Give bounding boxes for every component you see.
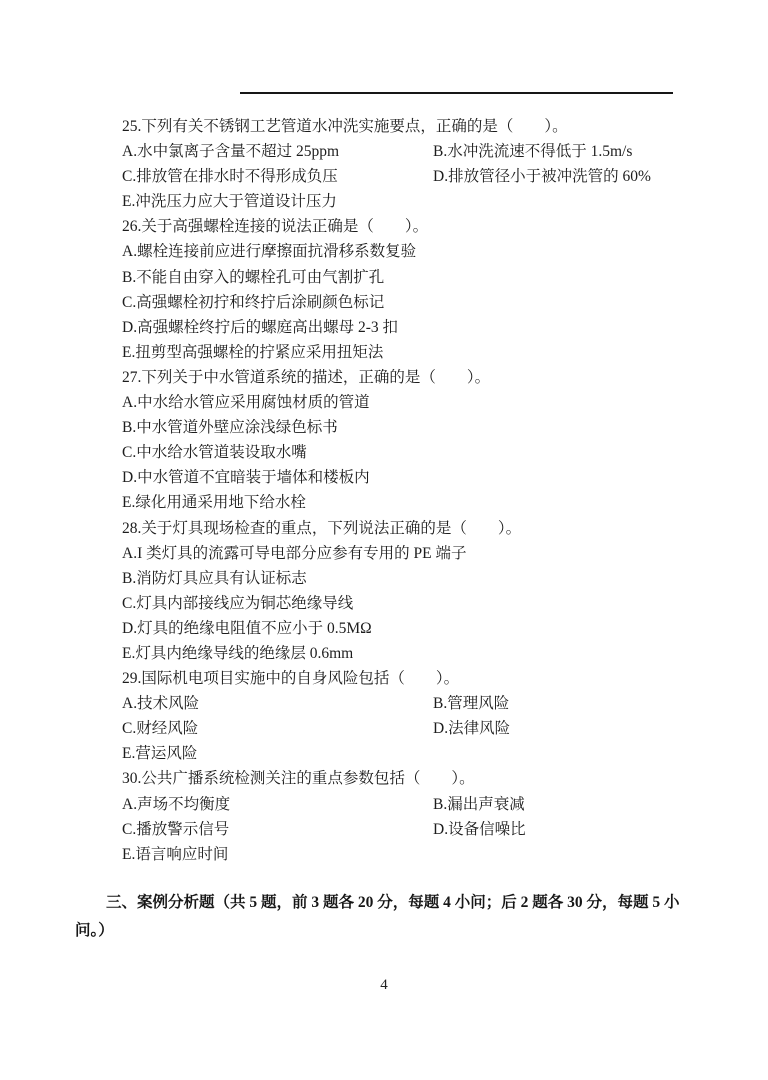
question-28: 28.关于灯具现场检查的重点，下列说法正确的是（ ）。 A.I 类灯具的流露可导…	[122, 516, 692, 667]
question-25-stem: 25.下列有关不锈钢工艺管道水冲洗实施要点，正确的是（ ）。	[122, 114, 692, 139]
question-list: 25.下列有关不锈钢工艺管道水冲洗实施要点，正确的是（ ）。 A.水中氯离子含量…	[122, 114, 692, 867]
question-26-option-c: C.高强螺栓初拧和终拧后涂刷颜色标记	[122, 290, 692, 315]
header-rule	[240, 92, 673, 94]
question-29-option-a: A.技术风险	[122, 691, 433, 716]
question-25-options-row-cd: C.排放管在排水时不得形成负压 D.排放管径小于被冲洗管的 60%	[122, 164, 692, 189]
question-28-option-e: E.灯具内绝缘导线的绝缘层 0.6mm	[122, 641, 692, 666]
question-25: 25.下列有关不锈钢工艺管道水冲洗实施要点，正确的是（ ）。 A.水中氯离子含量…	[122, 114, 692, 214]
question-26-option-a: A.螺栓连接前应进行摩擦面抗滑移系数复验	[122, 239, 692, 264]
question-28-option-a: A.I 类灯具的流露可导电部分应参有专用的 PE 端子	[122, 541, 692, 566]
question-29-options-row-cd: C.财经风险 D.法律风险	[122, 716, 692, 741]
question-30-option-d: D.设备信噪比	[433, 817, 692, 842]
question-27-option-b: B.中水管道外壁应涂浅绿色标书	[122, 415, 692, 440]
question-29-option-b: B.管理风险	[433, 691, 692, 716]
question-25-option-e: E.冲洗压力应大于管道设计压力	[122, 189, 692, 214]
question-26-stem: 26.关于高强螺栓连接的说法正确是（ ）。	[122, 214, 692, 239]
section-heading: 三、案例分析题（共 5 题，前 3 题各 20 分，每题 4 小问；后 2 题各…	[75, 889, 693, 945]
question-25-option-c: C.排放管在排水时不得形成负压	[122, 164, 433, 189]
question-30-stem: 30.公共广播系统检测关注的重点参数包括（ ）。	[122, 766, 692, 791]
question-29-stem: 29.国际机电项目实施中的自身风险包括（ ）。	[122, 666, 692, 691]
question-26-option-b: B.不能自由穿入的螺栓孔可由气割扩孔	[122, 265, 692, 290]
question-29: 29.国际机电项目实施中的自身风险包括（ ）。 A.技术风险 B.管理风险 C.…	[122, 666, 692, 766]
question-30-option-a: A.声场不均衡度	[122, 792, 433, 817]
question-25-options-row-ab: A.水中氯离子含量不超过 25ppm B.水冲洗流速不得低于 1.5m/s	[122, 139, 692, 164]
question-29-option-c: C.财经风险	[122, 716, 433, 741]
question-25-option-a: A.水中氯离子含量不超过 25ppm	[122, 139, 433, 164]
question-28-option-c: C.灯具内部接线应为铜芯绝缘导线	[122, 591, 692, 616]
question-30: 30.公共广播系统检测关注的重点参数包括（ ）。 A.声场不均衡度 B.漏出声衰…	[122, 766, 692, 866]
question-30-options-row-ab: A.声场不均衡度 B.漏出声衰减	[122, 792, 692, 817]
question-27-stem: 27.下列关于中水管道系统的描述，正确的是（ ）。	[122, 365, 692, 390]
question-29-option-e: E.营运风险	[122, 741, 692, 766]
question-29-options-row-ab: A.技术风险 B.管理风险	[122, 691, 692, 716]
question-26-option-e: E.扭剪型高强螺栓的拧紧应采用扭矩法	[122, 340, 692, 365]
question-30-option-e: E.语言响应时间	[122, 842, 692, 867]
document-page: 25.下列有关不锈钢工艺管道水冲洗实施要点，正确的是（ ）。 A.水中氯离子含量…	[0, 0, 768, 1080]
question-29-option-d: D.法律风险	[433, 716, 692, 741]
question-25-option-d: D.排放管径小于被冲洗管的 60%	[433, 164, 692, 189]
question-27-option-c: C.中水给水管道装设取水嘴	[122, 440, 692, 465]
question-28-option-d: D.灯具的绝缘电阻值不应小于 0.5MΩ	[122, 616, 692, 641]
question-27-option-a: A.中水给水管应采用腐蚀材质的管道	[122, 390, 692, 415]
question-30-option-b: B.漏出声衰减	[433, 792, 692, 817]
question-28-stem: 28.关于灯具现场检查的重点，下列说法正确的是（ ）。	[122, 516, 692, 541]
page-number: 4	[0, 977, 768, 994]
question-30-option-c: C.播放警示信号	[122, 817, 433, 842]
question-27-option-e: E.绿化用通采用地下给水栓	[122, 490, 692, 515]
question-27-option-d: D.中水管道不宜暗装于墙体和楼板内	[122, 465, 692, 490]
question-25-option-b: B.水冲洗流速不得低于 1.5m/s	[433, 139, 692, 164]
question-26-option-d: D.高强螺栓终拧后的螺庭高出螺母 2-3 扣	[122, 315, 692, 340]
question-27: 27.下列关于中水管道系统的描述，正确的是（ ）。 A.中水给水管应采用腐蚀材质…	[122, 365, 692, 516]
question-28-option-b: B.消防灯具应具有认证标志	[122, 566, 692, 591]
question-30-options-row-cd: C.播放警示信号 D.设备信噪比	[122, 817, 692, 842]
question-26: 26.关于高强螺栓连接的说法正确是（ ）。 A.螺栓连接前应进行摩擦面抗滑移系数…	[122, 214, 692, 365]
